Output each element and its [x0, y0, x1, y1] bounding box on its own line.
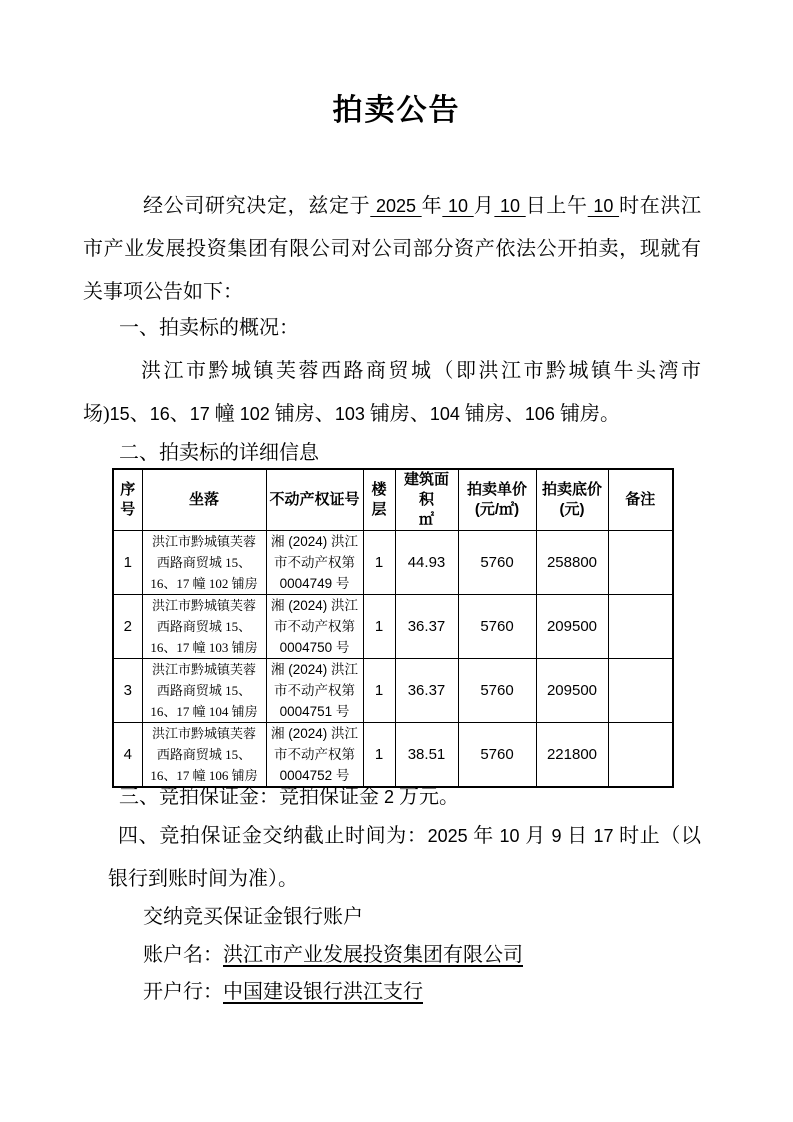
account-name-label: 账户名： [143, 944, 223, 966]
number-segment: 10 [442, 196, 473, 216]
number-segment: 10 [500, 826, 520, 846]
cell-floor: 1 [363, 595, 395, 659]
number-segment: 9 [552, 826, 562, 846]
text-segment: 月 [520, 825, 552, 847]
cell-reserve-price: 209500 [536, 659, 608, 723]
header-line: (元/㎡) [461, 500, 534, 520]
number-segment: 2025 [370, 196, 421, 216]
number-segment: 10 [588, 196, 619, 216]
header-line: 拍卖单价 [461, 480, 534, 500]
number-segment: 17 [190, 404, 210, 424]
cell-floor: 1 [363, 659, 395, 723]
header-line: 备注 [611, 490, 671, 510]
text-segment: 、 [130, 403, 150, 425]
text-segment: 、 [170, 403, 190, 425]
text-segment: 日上午 [526, 195, 588, 217]
cell-unit-price: 5760 [458, 531, 536, 595]
header-line: 楼 [366, 480, 393, 500]
text-segment: 铺房、 [460, 403, 525, 425]
number-segment: 102 [240, 404, 270, 424]
auction-notice-page: 拍卖公告 经公司研究决定，兹定于 2025 年 10 月 10 日上午 10 时… [0, 0, 793, 1122]
cell-floor: 1 [363, 531, 395, 595]
number-segment: 103 [335, 404, 365, 424]
cell-certificate: 湘 (2024) 洪江市不动产权第 0004750 号 [266, 595, 363, 659]
section4-paragraph: 四、竞拍保证金交纳截止时间为：2025 年 10 月 9 日 17 时止（以银行… [108, 815, 701, 901]
cell-area: 44.93 [395, 531, 458, 595]
number-segment: 17 [593, 826, 613, 846]
number-segment: 10 [494, 196, 525, 216]
cell-location: 洪江市黔城镇芙蓉西路商贸城 15、16、17 幢 103 铺房 [142, 595, 266, 659]
number-segment: 2025 [428, 826, 468, 846]
header-line: ㎡ [398, 510, 456, 530]
cell-area: 36.37 [395, 595, 458, 659]
text-segment: 三、竞拍保证金：竞拍保证金 [119, 786, 379, 808]
cell-certificate: 湘 (2024) 洪江市不动产权第 0004749 号 [266, 531, 363, 595]
text-segment: 四、竞拍保证金交纳截止时间为： [118, 825, 428, 847]
cell-note [608, 659, 673, 723]
bank-branch-label: 开户行： [143, 981, 223, 1003]
text-segment: 日 [562, 825, 594, 847]
header-line: 序 [116, 480, 140, 500]
cell-area: 36.37 [395, 659, 458, 723]
cell-unit-price: 5760 [458, 595, 536, 659]
text-segment: 幢 [210, 403, 240, 425]
cell-reserve-price: 258800 [536, 531, 608, 595]
account-name-value: 洪江市产业发展投资集团有限公司 [223, 944, 523, 966]
header-line: 坐落 [145, 490, 264, 510]
header-line: 号 [116, 500, 140, 520]
cell-location: 洪江市黔城镇芙蓉西路商贸城 15、16、17 幢 104 铺房 [142, 659, 266, 723]
header-line: 建筑面积 [398, 470, 456, 510]
cell-reserve-price: 209500 [536, 595, 608, 659]
text-segment: 年 [422, 195, 443, 217]
cell-index: 3 [113, 659, 142, 723]
text-segment: 年 [468, 825, 500, 847]
section3-paragraph: 三、竞拍保证金：竞拍保证金 2 万元。 [83, 776, 701, 819]
column-header-reserve-price: 拍卖底价(元) [536, 469, 608, 531]
text-segment: 万元。 [399, 786, 459, 808]
table-row: 3 洪江市黔城镇芙蓉西路商贸城 15、16、17 幢 104 铺房 湘 (202… [113, 659, 673, 723]
table-row: 2 洪江市黔城镇芙蓉西路商贸城 15、16、17 幢 103 铺房 湘 (202… [113, 595, 673, 659]
text-segment: 经公司研究决定，兹定于 [143, 195, 370, 217]
text-segment: 月 [474, 195, 495, 217]
number-segment: 15 [110, 404, 130, 424]
bank-branch-line: 开户行：中国建设银行洪江支行 [83, 971, 701, 1014]
section1-body: 洪江市黔城镇芙蓉西路商贸城（即洪江市黔城镇牛头湾市场)15、16、17 幢 10… [83, 350, 701, 436]
column-header-floor: 楼层 [363, 469, 395, 531]
text-segment: 铺房、 [365, 403, 430, 425]
header-line: 层 [366, 500, 393, 520]
intro-paragraph: 经公司研究决定，兹定于 2025 年 10 月 10 日上午 10 时在洪江市产… [83, 185, 701, 314]
column-header-area: 建筑面积㎡ [395, 469, 458, 531]
column-header-unit-price: 拍卖单价(元/㎡) [458, 469, 536, 531]
header-line: 不动产权证号 [269, 490, 361, 510]
column-header-note: 备注 [608, 469, 673, 531]
text-segment: 铺房。 [555, 403, 620, 425]
cell-certificate: 湘 (2024) 洪江市不动产权第 0004751 号 [266, 659, 363, 723]
column-header-certificate: 不动产权证号 [266, 469, 363, 531]
section1-heading: 一、拍卖标的概况： [83, 307, 701, 350]
header-line: (元) [539, 500, 606, 520]
cell-location: 洪江市黔城镇芙蓉西路商贸城 15、16、17 幢 102 铺房 [142, 531, 266, 595]
document-title: 拍卖公告 [0, 92, 793, 130]
number-segment: 104 [430, 404, 460, 424]
cell-note [608, 531, 673, 595]
cell-index: 1 [113, 531, 142, 595]
cell-note [608, 595, 673, 659]
cell-unit-price: 5760 [458, 659, 536, 723]
number-segment: 106 [525, 404, 555, 424]
number-segment: 16 [150, 404, 170, 424]
column-header-location: 坐落 [142, 469, 266, 531]
number-segment: 2 [379, 787, 399, 807]
column-header-index: 序号 [113, 469, 142, 531]
table-header-row: 序号 坐落 不动产权证号 楼层 建筑面积㎡ 拍卖单价(元/㎡) 拍卖底价(元) … [113, 469, 673, 531]
auction-details-table: 序号 坐落 不动产权证号 楼层 建筑面积㎡ 拍卖单价(元/㎡) 拍卖底价(元) … [112, 468, 674, 788]
bank-branch-value: 中国建设银行洪江支行 [223, 981, 423, 1003]
text-segment: 铺房、 [270, 403, 335, 425]
header-line: 拍卖底价 [539, 480, 606, 500]
table-row: 1 洪江市黔城镇芙蓉西路商贸城 15、16、17 幢 102 铺房 湘 (202… [113, 531, 673, 595]
cell-index: 2 [113, 595, 142, 659]
bank-account-title: 交纳竞买保证金银行账户 [83, 896, 701, 939]
